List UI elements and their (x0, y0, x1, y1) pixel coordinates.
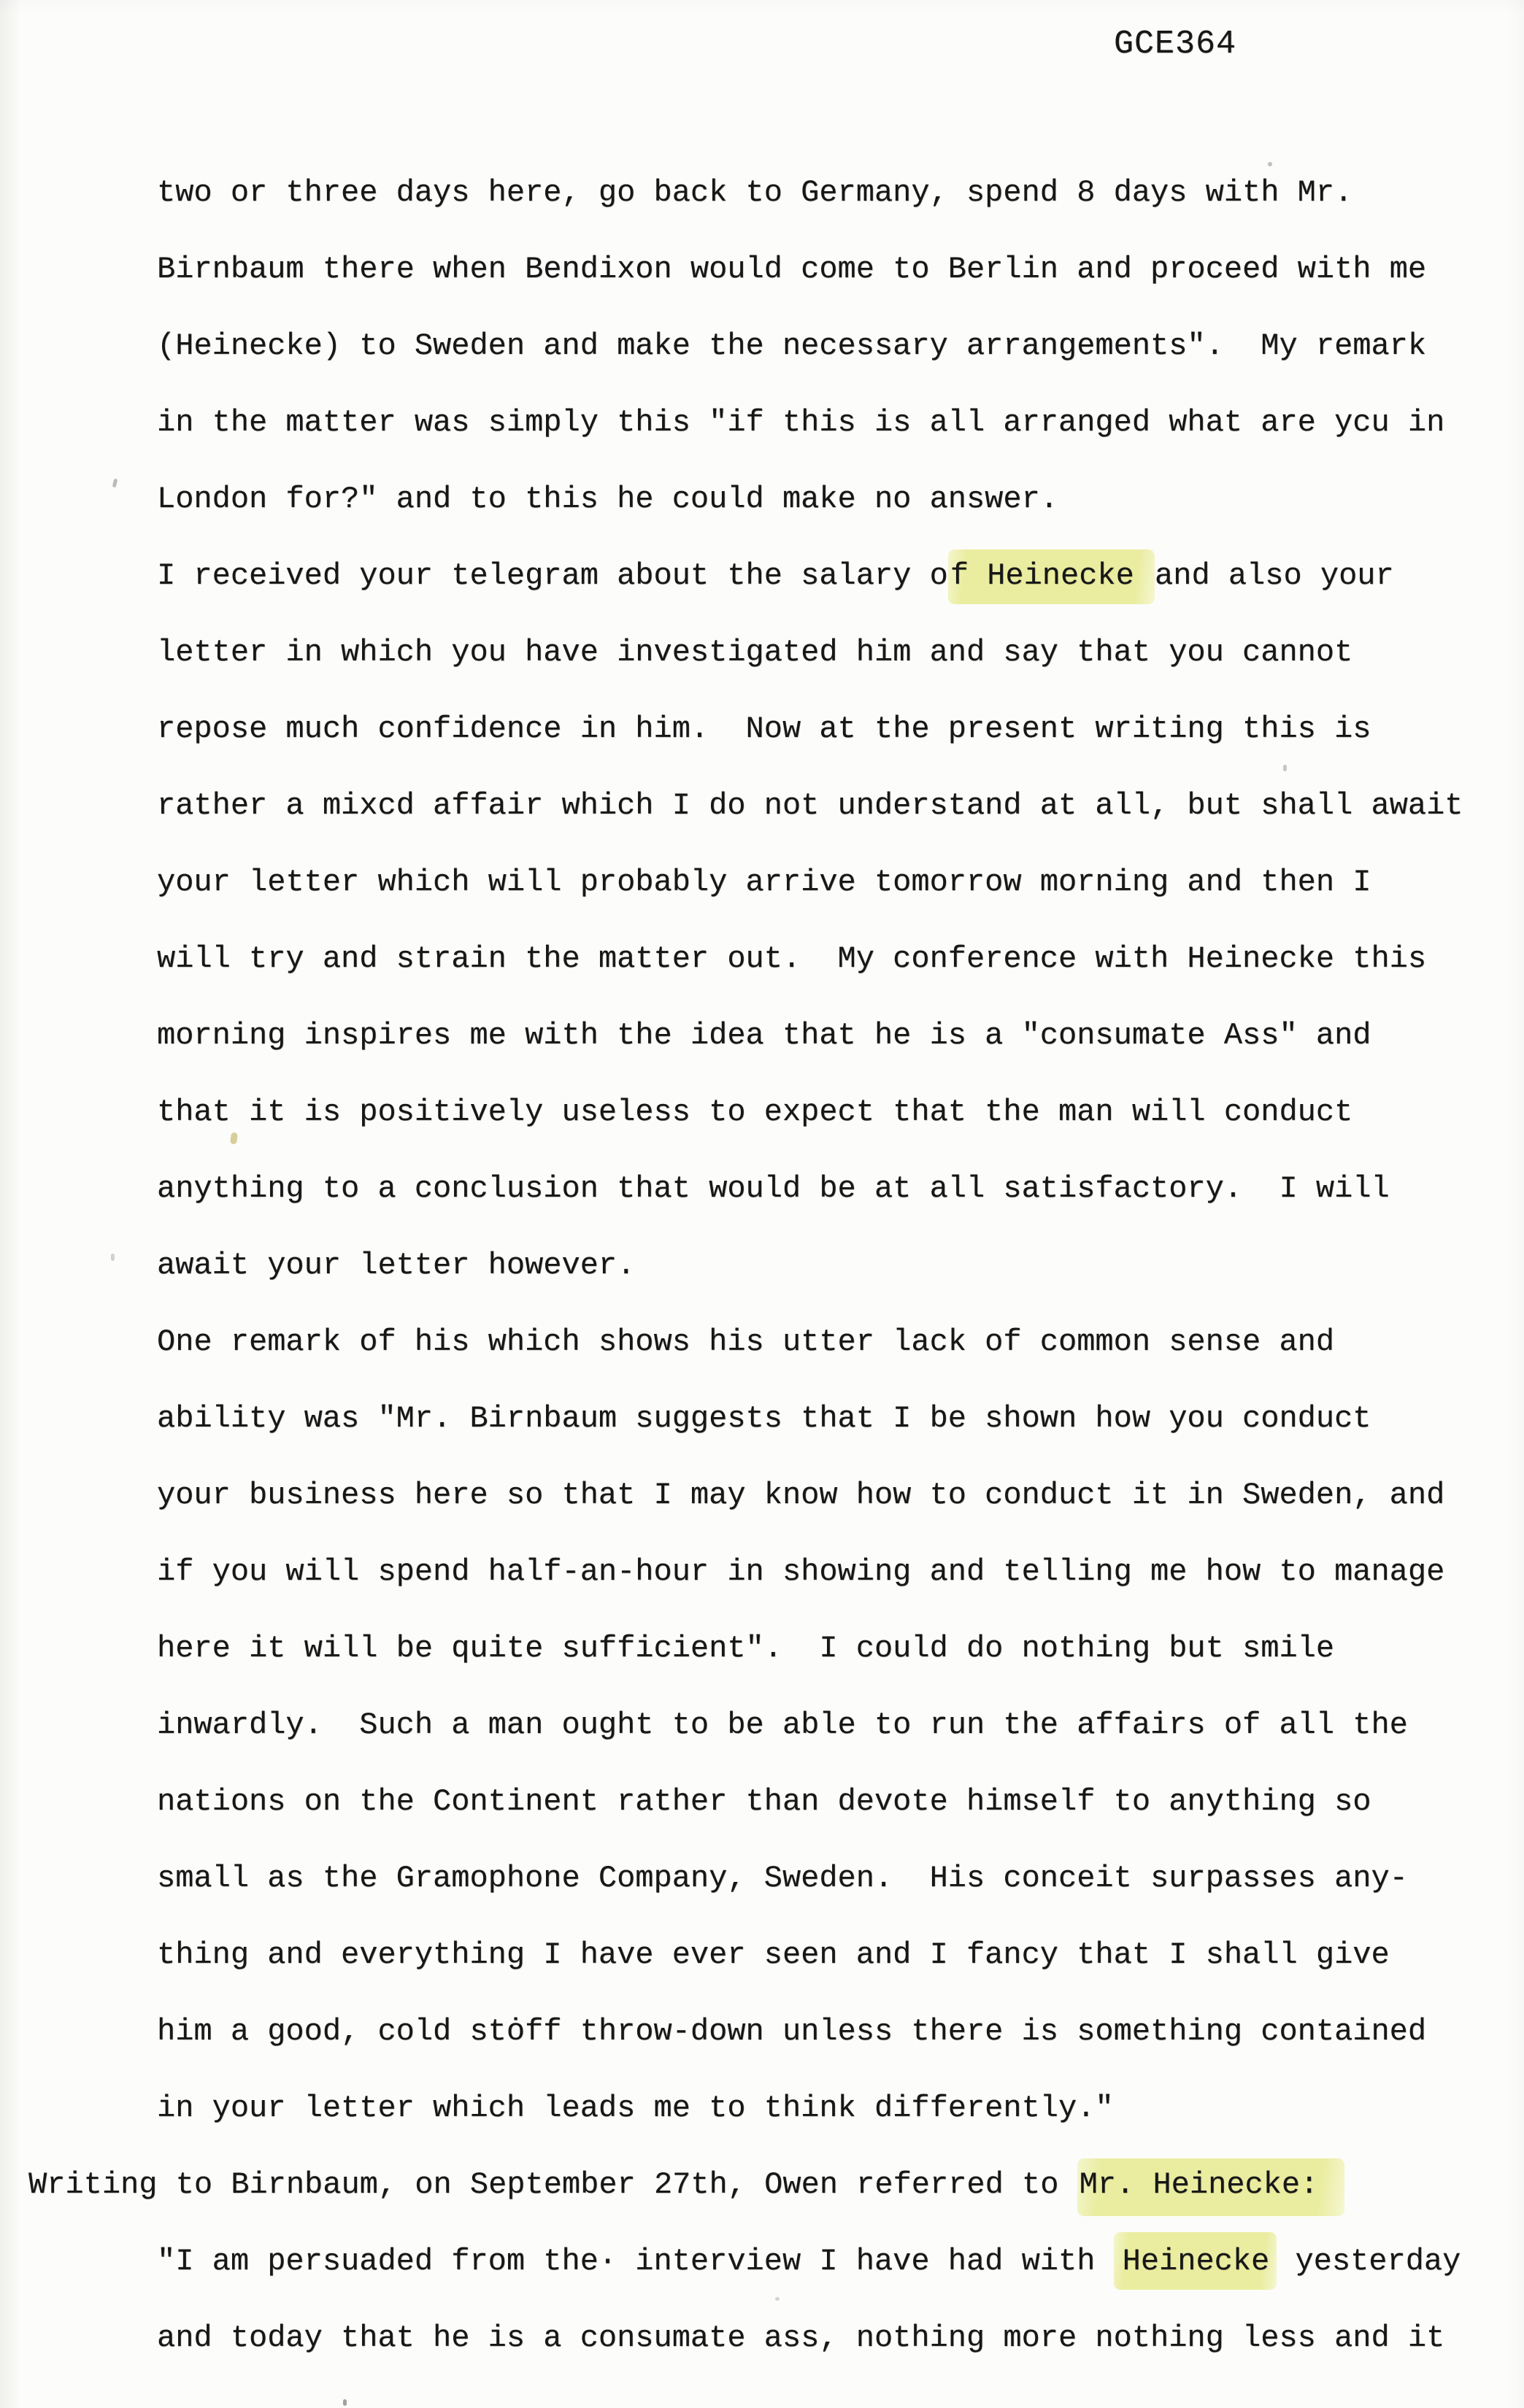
text-segment: "I am persuaded from the· interview I ha… (157, 2244, 1114, 2279)
text-segment: small as the Gramophone Company, Sweden.… (157, 1861, 1408, 1896)
document-line: ability was "Mr. Birnbaum suggests that … (157, 1381, 1485, 1457)
document-line: thing and everything I have ever seen an… (157, 1917, 1485, 1994)
document-line: One remark of his which shows his utter … (157, 1304, 1485, 1381)
page: GCE364 two or three days here, go back t… (0, 0, 1524, 2408)
text-segment: and today that he is a consumate ass, no… (157, 2320, 1444, 2355)
text-segment: ability was "Mr. Birnbaum suggests that … (157, 1401, 1371, 1436)
text-segment: in the matter was simply this "if this i… (157, 405, 1444, 440)
text-segment: One remark of his which shows his utter … (157, 1324, 1334, 1359)
document-line: inwardly. Such a man ought to be able to… (157, 1687, 1485, 1764)
text-segment: (Heinecke) to Sweden and make the necess… (157, 328, 1426, 363)
text-segment: await your letter however. (157, 1248, 635, 1283)
document-line: small as the Gramophone Company, Sweden.… (157, 1840, 1485, 1917)
document-line: your business here so that I may know ho… (157, 1457, 1485, 1534)
document-line: that it is positively useless to expect … (157, 1074, 1485, 1151)
highlight-mark: f Heinecke (948, 549, 1155, 604)
document-line: in your letter which leads me to think d… (157, 2070, 1485, 2147)
document-line: your letter which will probably arrive t… (157, 844, 1485, 921)
text-segment: I received your telegram about the salar… (157, 558, 948, 593)
document-line: here it will be quite sufficient". I cou… (157, 1610, 1485, 1687)
text-segment: will try and strain the matter out. My c… (157, 941, 1426, 976)
document-line: him a good, cold stȯff throw-down unless… (157, 1994, 1485, 2070)
text-segment: anything to a conclusion that would be a… (157, 1171, 1390, 1206)
text-segment: here it will be quite sufficient". I cou… (157, 1631, 1334, 1666)
text-segment: repose much confidence in him. Now at th… (157, 711, 1371, 746)
document-line: I received your telegram about the salar… (157, 538, 1485, 614)
document-line: will try and strain the matter out. My c… (157, 921, 1485, 997)
text-segment: letter in which you have investigated hi… (157, 635, 1352, 670)
text-segment: him a good, cold stȯff throw-down unless… (157, 2014, 1426, 2049)
document-line: letter in which you have investigated hi… (157, 614, 1485, 691)
text-segment: your letter which will probably arrive t… (157, 865, 1371, 900)
text-segment: and also your (1155, 558, 1394, 593)
text-segment: rather a mixcd affair which I do not und… (157, 788, 1463, 823)
document-line: morning inspires me with the idea that h… (157, 997, 1485, 1074)
document-line: "I am persuaded from the· interview I ha… (157, 2223, 1485, 2300)
document-line: repose much confidence in him. Now at th… (157, 691, 1485, 768)
text-segment: two or three days here, go back to Germa… (157, 175, 1352, 210)
highlight-mark: Mr. Heinecke: (1077, 2158, 1345, 2216)
text-segment: if you will spend half-an-hour in showin… (157, 1554, 1444, 1589)
scanned-letter-page: { "colors": { "highlight": "#eaeda0", "i… (0, 0, 1524, 2408)
text-segment: London for?" and to this he could make n… (157, 482, 1058, 517)
document-body: two or three days here, go back to Germa… (157, 155, 1485, 2377)
page-number-header: GCE364 (1114, 25, 1236, 64)
document-line: if you will spend half-an-hour in showin… (157, 1534, 1485, 1610)
text-segment: nations on the Continent rather than dev… (157, 1784, 1371, 1819)
text-segment: thing and everything I have ever seen an… (157, 1937, 1390, 1972)
text-segment: morning inspires me with the idea that h… (157, 1018, 1371, 1053)
text-segment: Birnbaum there when Bendixon would come … (157, 252, 1426, 287)
document-line: Writing to Birnbaum, on September 27th, … (28, 2147, 1485, 2223)
document-line: and today that he is a consumate ass, no… (157, 2300, 1485, 2377)
scan-speck (112, 479, 118, 488)
text-segment: yesterday (1277, 2244, 1460, 2279)
document-line: London for?" and to this he could make n… (157, 461, 1485, 538)
document-line: two or three days here, go back to Germa… (157, 155, 1485, 231)
text-segment: inwardly. Such a man ought to be able to… (157, 1707, 1408, 1743)
document-line: await your letter however. (157, 1227, 1485, 1304)
scan-speck (111, 1254, 115, 1261)
text-segment: your business here so that I may know ho… (157, 1478, 1444, 1513)
document-line: in the matter was simply this "if this i… (157, 385, 1485, 461)
text-segment: in your letter which leads me to think d… (157, 2091, 1114, 2126)
text-segment: that it is positively useless to expect … (157, 1095, 1352, 1130)
document-line: nations on the Continent rather than dev… (157, 1764, 1485, 1840)
scan-speck (343, 2399, 347, 2406)
document-line: Birnbaum there when Bendixon would come … (157, 231, 1485, 308)
text-segment: Writing to Birnbaum, on September 27th, … (28, 2167, 1077, 2202)
document-line: rather a mixcd affair which I do not und… (157, 768, 1485, 844)
highlight-mark: Heinecke (1114, 2232, 1277, 2290)
document-line: (Heinecke) to Sweden and make the necess… (157, 308, 1485, 385)
document-line: anything to a conclusion that would be a… (157, 1151, 1485, 1227)
